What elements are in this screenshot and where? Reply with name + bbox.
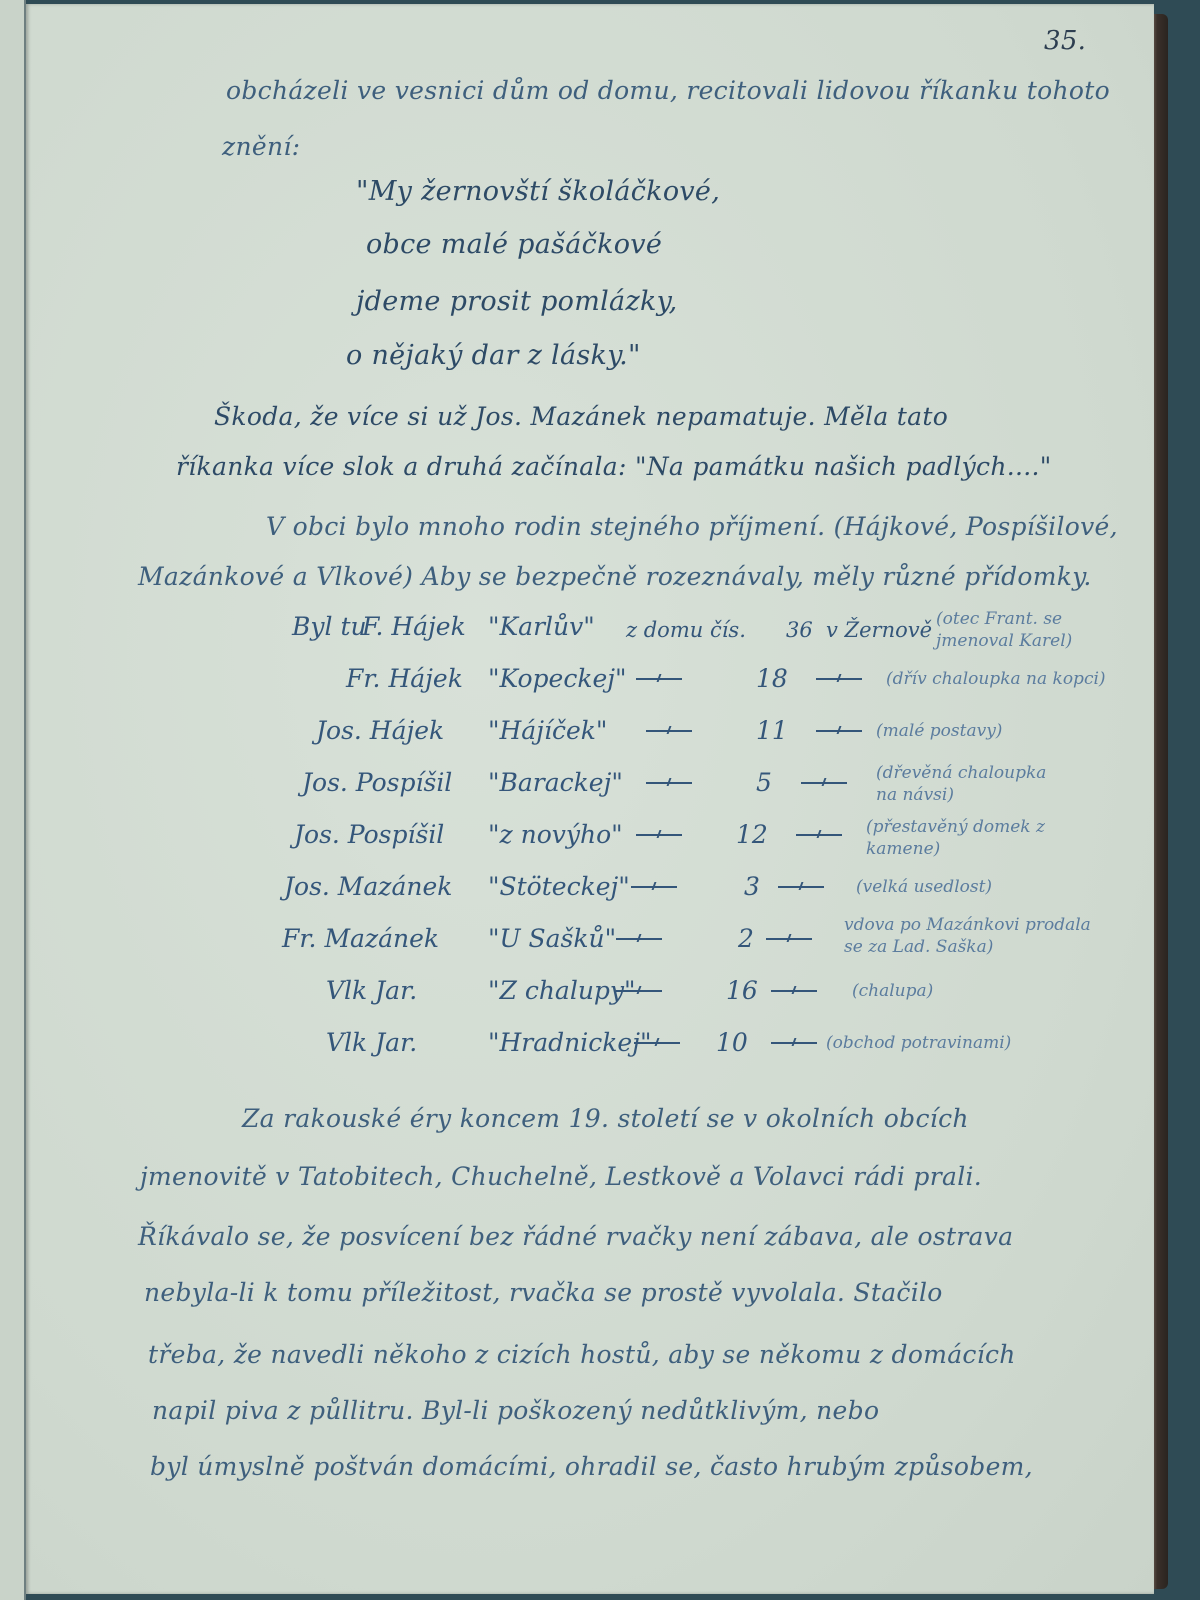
- table-row: Vlk Jar. "Hradnickej" 10 (obchod potravi…: [26, 1028, 1154, 1080]
- row-house-number: 12: [736, 820, 768, 849]
- ditto-mark: [616, 990, 662, 992]
- ditto-mark: [796, 834, 842, 836]
- page-number: 35.: [1044, 26, 1086, 56]
- row-house-number: 2: [738, 924, 754, 953]
- closing-line-7: byl úmyslně poštván domácími, ohradil se…: [150, 1452, 1033, 1481]
- families-line-2: Mazánkové a Vlkové) Aby se bezpečně roze…: [138, 562, 1092, 591]
- left-page-edge: [0, 0, 26, 1600]
- row-name: Vlk Jar.: [326, 1028, 417, 1057]
- row-house-prefix: z domu čís.: [626, 618, 746, 642]
- ditto-mark: [636, 834, 682, 836]
- table-row: Vlk Jar. "Z chalupy" 16 (chalupa): [26, 976, 1154, 1028]
- row-note: vdova po Mazánkovi prodala se za Lad. Sa…: [844, 914, 1104, 958]
- closing-line-1: Za rakouské éry koncem 19. století se v …: [242, 1104, 969, 1133]
- families-line-1: V obci bylo mnoho rodin stejného příjmen…: [266, 512, 1118, 541]
- row-name: Jos. Pospíšil: [294, 820, 444, 849]
- intro-line-2: znění:: [222, 132, 300, 161]
- closing-line-4: nebyla-li k tomu příležitost, rvačka se …: [144, 1278, 943, 1307]
- chronicle-page: 35. obcházeli ve vesnici dům od domu, re…: [26, 4, 1154, 1594]
- row-name: Jos. Mazánek: [284, 872, 452, 901]
- table-row: Fr. Mazánek "U Sašků" 2 vdova po Mazánko…: [26, 924, 1154, 976]
- row-note: (dřív chaloupka na kopci): [886, 668, 1126, 690]
- row-note: (chalupa): [852, 980, 1052, 1002]
- row-house-number: 11: [756, 716, 788, 745]
- table-row: Fr. Hájek "Kopeckej" 18 (dřív chaloupka …: [26, 664, 1154, 716]
- closing-line-2: jmenovitě v Tatobitech, Chuchelně, Lestk…: [140, 1162, 982, 1191]
- closing-line-5: třeba, že navedli někoho z cizích hostů,…: [148, 1340, 1016, 1369]
- row-note: (obchod potravinami): [826, 1032, 1086, 1054]
- ditto-mark: [801, 782, 847, 784]
- closing-line-3: Říkávalo se, že posvícení bez řádné rvač…: [138, 1222, 1013, 1251]
- row-name: Vlk Jar.: [326, 976, 417, 1005]
- row-name: F. Hájek: [362, 612, 466, 641]
- row-nickname: "z novýho": [488, 820, 623, 849]
- ditto-mark: [778, 886, 824, 888]
- row-name: Jos. Pospíšil: [302, 768, 452, 797]
- verse-line-2: obce malé pašáčkové: [366, 229, 662, 260]
- row-house-number: 16: [726, 976, 758, 1005]
- ditto-mark: [816, 730, 862, 732]
- ditto-mark: [646, 730, 692, 732]
- row-note: (otec Frant. se jmenoval Karel): [936, 608, 1106, 652]
- row-house-number: 18: [756, 664, 788, 693]
- table-row: Byl tu F. Hájek "Karlův" z domu čís. 36 …: [26, 612, 1154, 664]
- row-nickname: "Stöteckej": [488, 872, 630, 901]
- verse-line-1: "My žernovští školáčkové,: [356, 176, 720, 207]
- row-nickname: "Barackej": [488, 768, 623, 797]
- ditto-mark: [616, 938, 662, 940]
- row-house-number: 10: [716, 1028, 748, 1057]
- verse-line-4: o nějaký dar z lásky.": [346, 340, 641, 371]
- ditto-mark: [766, 938, 812, 940]
- ditto-mark: [771, 1042, 817, 1044]
- table-row: Jos. Hájek "Hájíček" 11 (malé postavy): [26, 716, 1154, 768]
- closing-line-6: napil piva z půllitru. Byl-li poškozený …: [152, 1396, 879, 1425]
- intro-line-1: obcházeli ve vesnici dům od domu, recito…: [226, 76, 1110, 105]
- row-name: Jos. Hájek: [316, 716, 444, 745]
- row-nickname: "Hradnickej": [488, 1028, 651, 1057]
- verse-line-3: jdeme prosit pomlázky,: [356, 286, 677, 317]
- ditto-mark: [634, 1042, 680, 1044]
- ditto-mark: [816, 678, 862, 680]
- row-nickname: "Z chalupy": [488, 976, 636, 1005]
- row-nickname: "U Sašků": [488, 924, 616, 953]
- row-house-number: 5: [756, 768, 772, 797]
- row-name: Fr. Hájek: [346, 664, 463, 693]
- row-name: Fr. Mazánek: [282, 924, 439, 953]
- row-note: (velká usedlost): [856, 876, 1056, 898]
- paragraph-after-verse-2: říkanka více slok a druhá začínala: "Na …: [176, 452, 1052, 481]
- intro-prefix: Byl tu: [292, 612, 367, 641]
- ditto-mark: [631, 886, 677, 888]
- table-row: Jos. Pospíšil "z novýho" 12 (přestavěný …: [26, 820, 1154, 872]
- row-nickname: "Karlův": [488, 612, 595, 641]
- row-nickname: "Kopeckej": [488, 664, 627, 693]
- ditto-mark: [771, 990, 817, 992]
- ditto-mark: [636, 678, 682, 680]
- row-note: (přestavěný domek z kamene): [866, 816, 1066, 860]
- row-place: v Žernově: [826, 618, 932, 642]
- paragraph-after-verse-1: Škoda, že více si už Jos. Mazánek nepama…: [214, 402, 948, 431]
- ditto-mark: [646, 782, 692, 784]
- row-house-number: 36: [786, 618, 813, 642]
- table-row: Jos. Pospíšil "Barackej" 5 (dřevěná chal…: [26, 768, 1154, 820]
- row-nickname: "Hájíček": [488, 716, 607, 745]
- row-note: (malé postavy): [876, 720, 1076, 742]
- row-house-number: 3: [744, 872, 760, 901]
- row-note: (dřevěná chaloupka na návsi): [876, 762, 1056, 806]
